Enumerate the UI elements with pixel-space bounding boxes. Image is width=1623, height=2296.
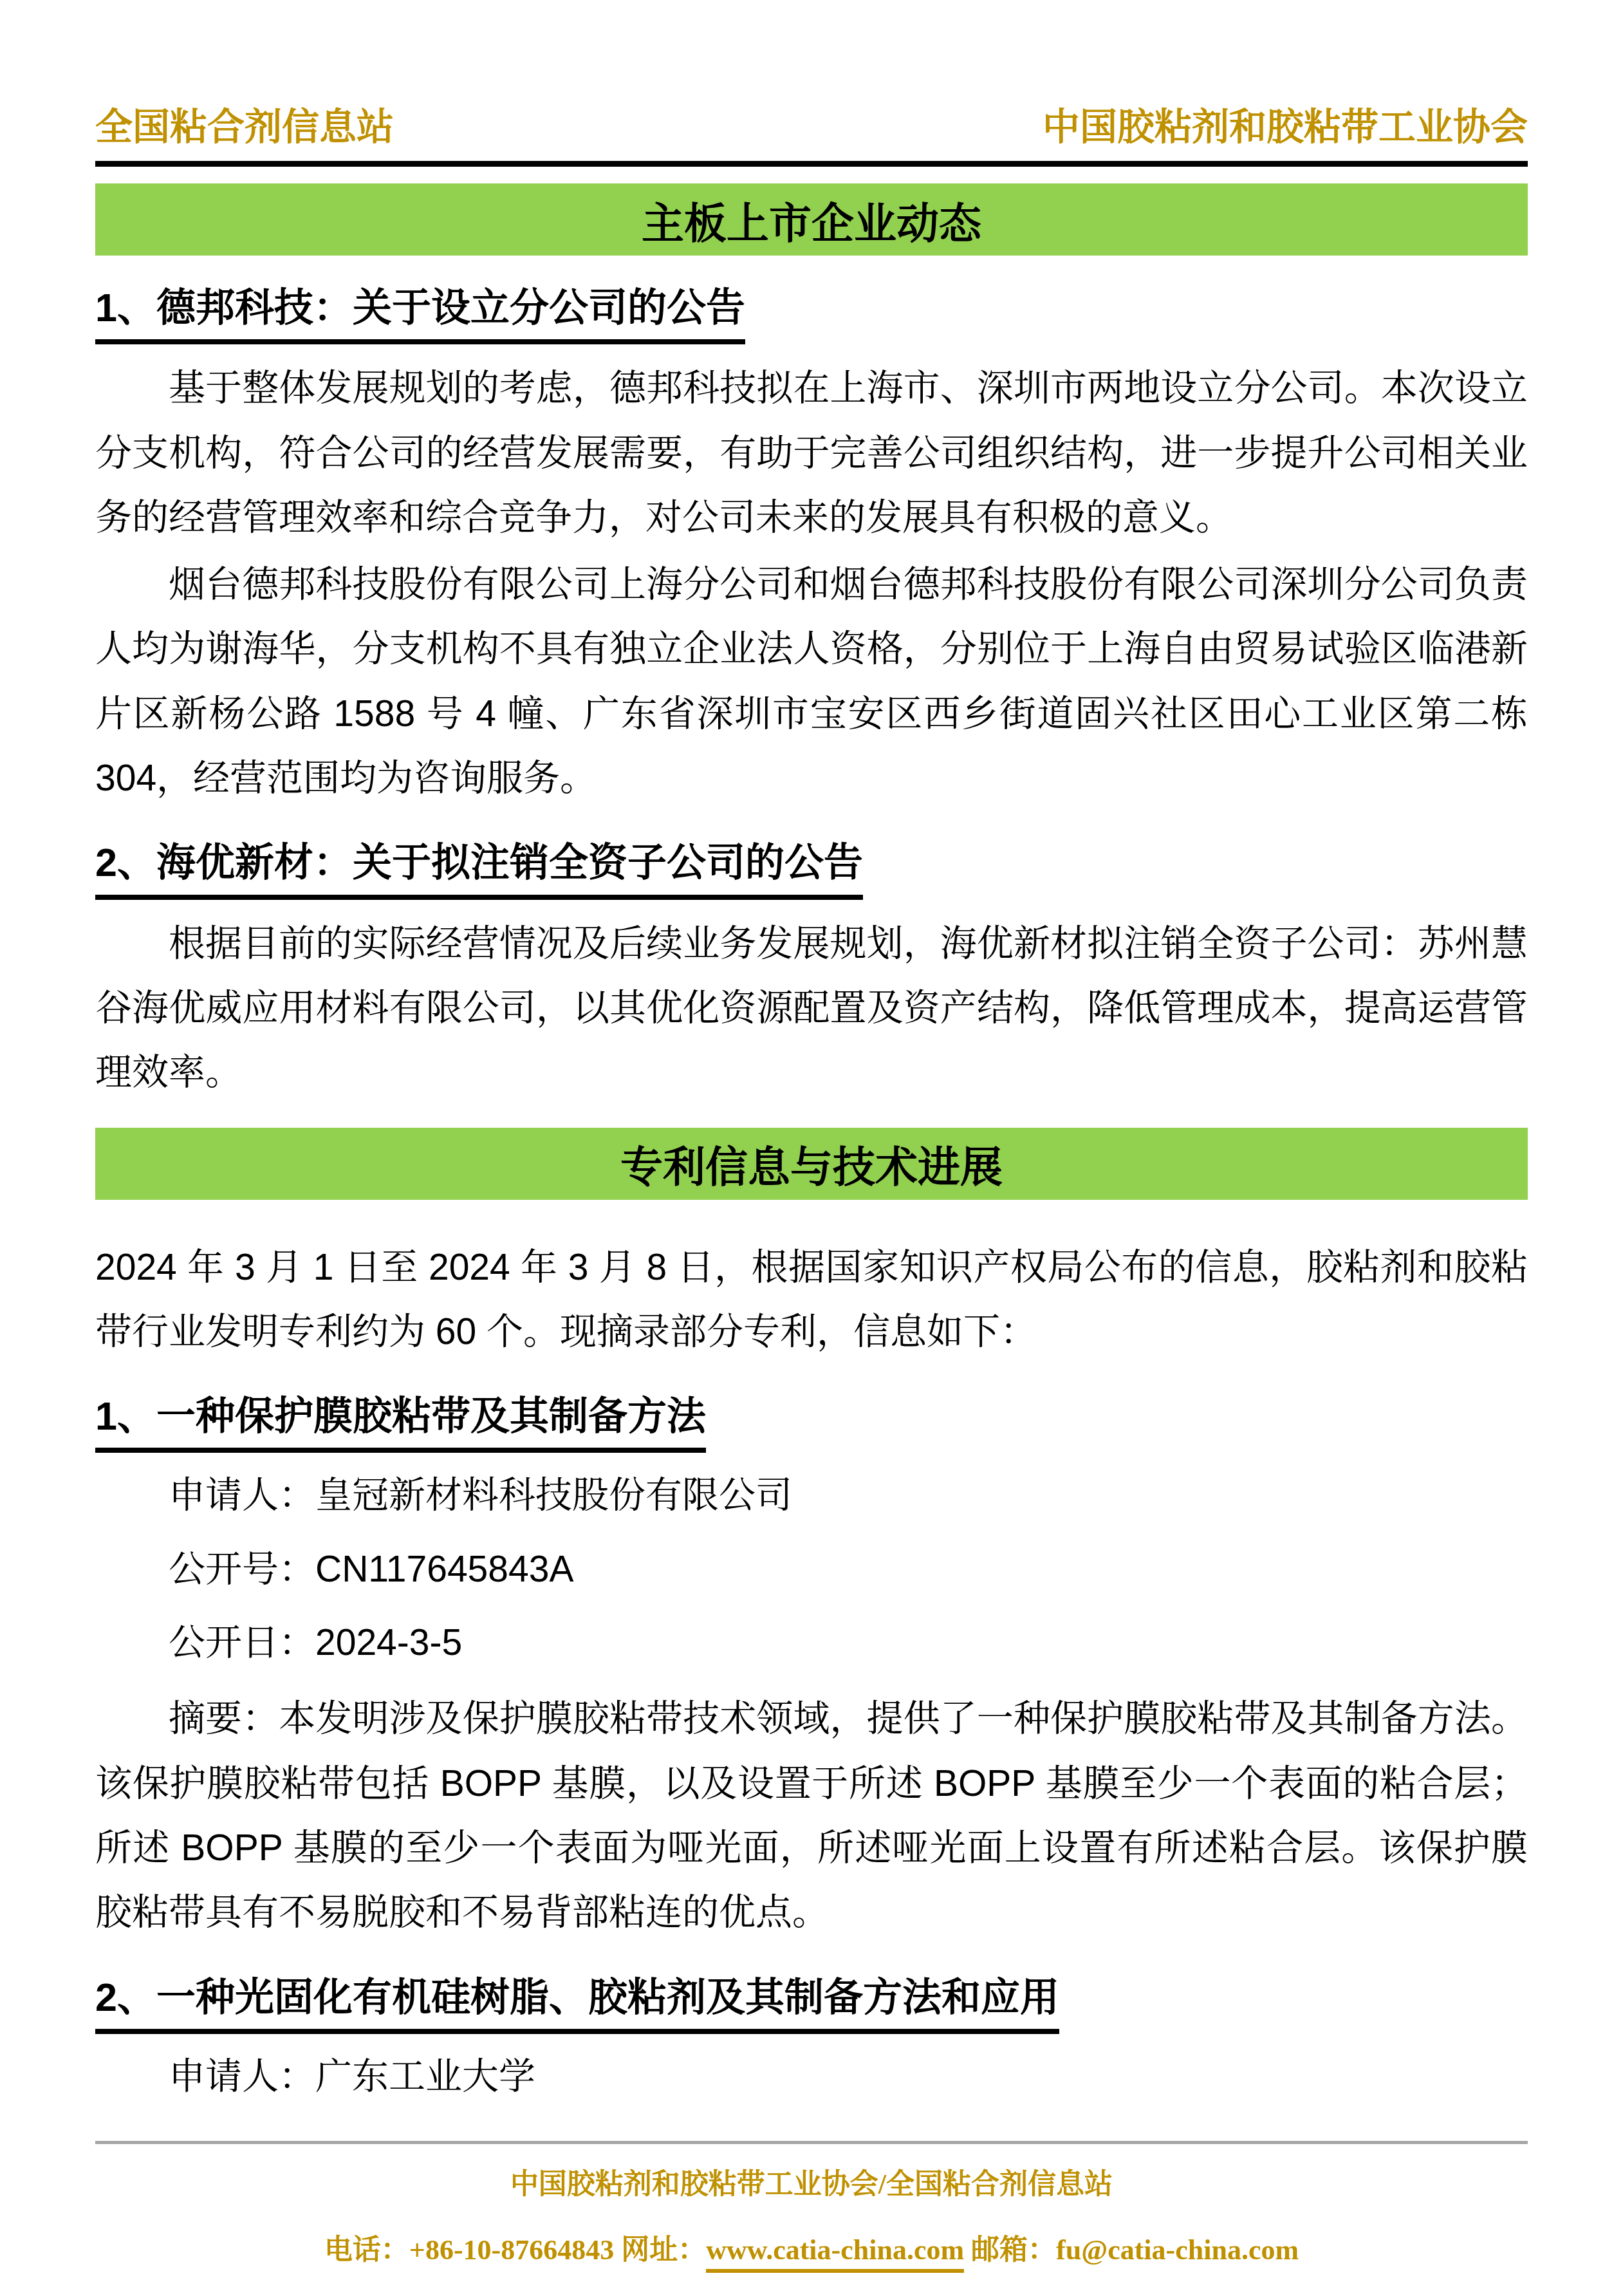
patent-1-abstract: 摘要：本发明涉及保护膜胶粘带技术领域，提供了一种保护膜胶粘带及其制备方法。该保护… — [95, 1686, 1528, 1945]
newsletter-page: 全国粘合剂信息站 中国胶粘剂和胶粘带工业协会 主板上市企业动态 1、德邦科技：关… — [0, 0, 1623, 2296]
footer-contact-line: 电话：+86-10-87664843 网址：www.catia-china.co… — [95, 2226, 1528, 2273]
listing-1-heading: 1、德邦科技：关于设立分公司的公告 — [95, 285, 745, 344]
patent-1-heading: 1、一种保护膜胶粘带及其制备方法 — [95, 1393, 706, 1453]
patent-2-applicant: 申请人：广东工业大学 — [95, 2044, 1528, 2109]
section-banner-listed-companies: 主板上市企业动态 — [95, 183, 1528, 256]
footer-org-line: 中国胶粘剂和胶粘带工业协会/全国粘合剂信息站 — [95, 2161, 1528, 2202]
section-banner-patents: 专利信息与技术进展 — [95, 1128, 1528, 1200]
footer-email: fu@catia-china.com — [1056, 2234, 1299, 2266]
patents-intro-paragraph: 2024 年 3 月 1 日至 2024 年 3 月 8 日，根据国家知识产权局… — [95, 1235, 1528, 1365]
header-right-title: 中国胶粘剂和胶粘带工业协会 — [1043, 97, 1528, 151]
patent-2-heading-row: 2、一种光固化有机硅树脂、胶粘剂及其制备方法和应用 — [95, 1974, 1528, 2034]
patent-2-heading: 2、一种光固化有机硅树脂、胶粘剂及其制备方法和应用 — [95, 1974, 1059, 2034]
footer-email-label: 邮箱： — [964, 2234, 1056, 2266]
listing-1-paragraph-1: 基于整体发展规划的考虑，德邦科技拟在上海市、深圳市两地设立分公司。本次设立分支机… — [95, 356, 1528, 550]
listing-2-heading-row: 2、海优新材：关于拟注销全资子公司的公告 — [95, 839, 1528, 899]
banner-title-listed-companies: 主板上市企业动态 — [642, 189, 981, 250]
patent-1-applicant: 申请人：皇冠新材料科技股份有限公司 — [95, 1463, 1528, 1527]
patent-1-publication-date: 公开日：2024-3-5 — [95, 1610, 1528, 1675]
banner-title-patents: 专利信息与技术进展 — [620, 1133, 1003, 1194]
footer-divider — [95, 2141, 1528, 2144]
website-link[interactable]: www.catia-china.com — [706, 2234, 964, 2273]
patent-1-heading-row: 1、一种保护膜胶粘带及其制备方法 — [95, 1393, 1528, 1453]
header-left-title: 全国粘合剂信息站 — [95, 97, 394, 151]
page-header: 全国粘合剂信息站 中国胶粘剂和胶粘带工业协会 — [95, 97, 1528, 167]
listing-2-paragraph-1: 根据目前的实际经营情况及后续业务发展规划，海优新材拟注销全资子公司：苏州慧谷海优… — [95, 911, 1528, 1105]
footer-phone-and-web-label: 电话：+86-10-87664843 网址： — [324, 2234, 706, 2266]
listing-1-paragraph-2: 烟台德邦科技股份有限公司上海分公司和烟台德邦科技股份有限公司深圳分公司负责人均为… — [95, 552, 1528, 810]
patent-1-publication-no: 公开号：CN117645843A — [95, 1537, 1528, 1601]
listing-1-heading-row: 1、德邦科技：关于设立分公司的公告 — [95, 285, 1528, 344]
listing-2-heading: 2、海优新材：关于拟注销全资子公司的公告 — [95, 839, 863, 899]
